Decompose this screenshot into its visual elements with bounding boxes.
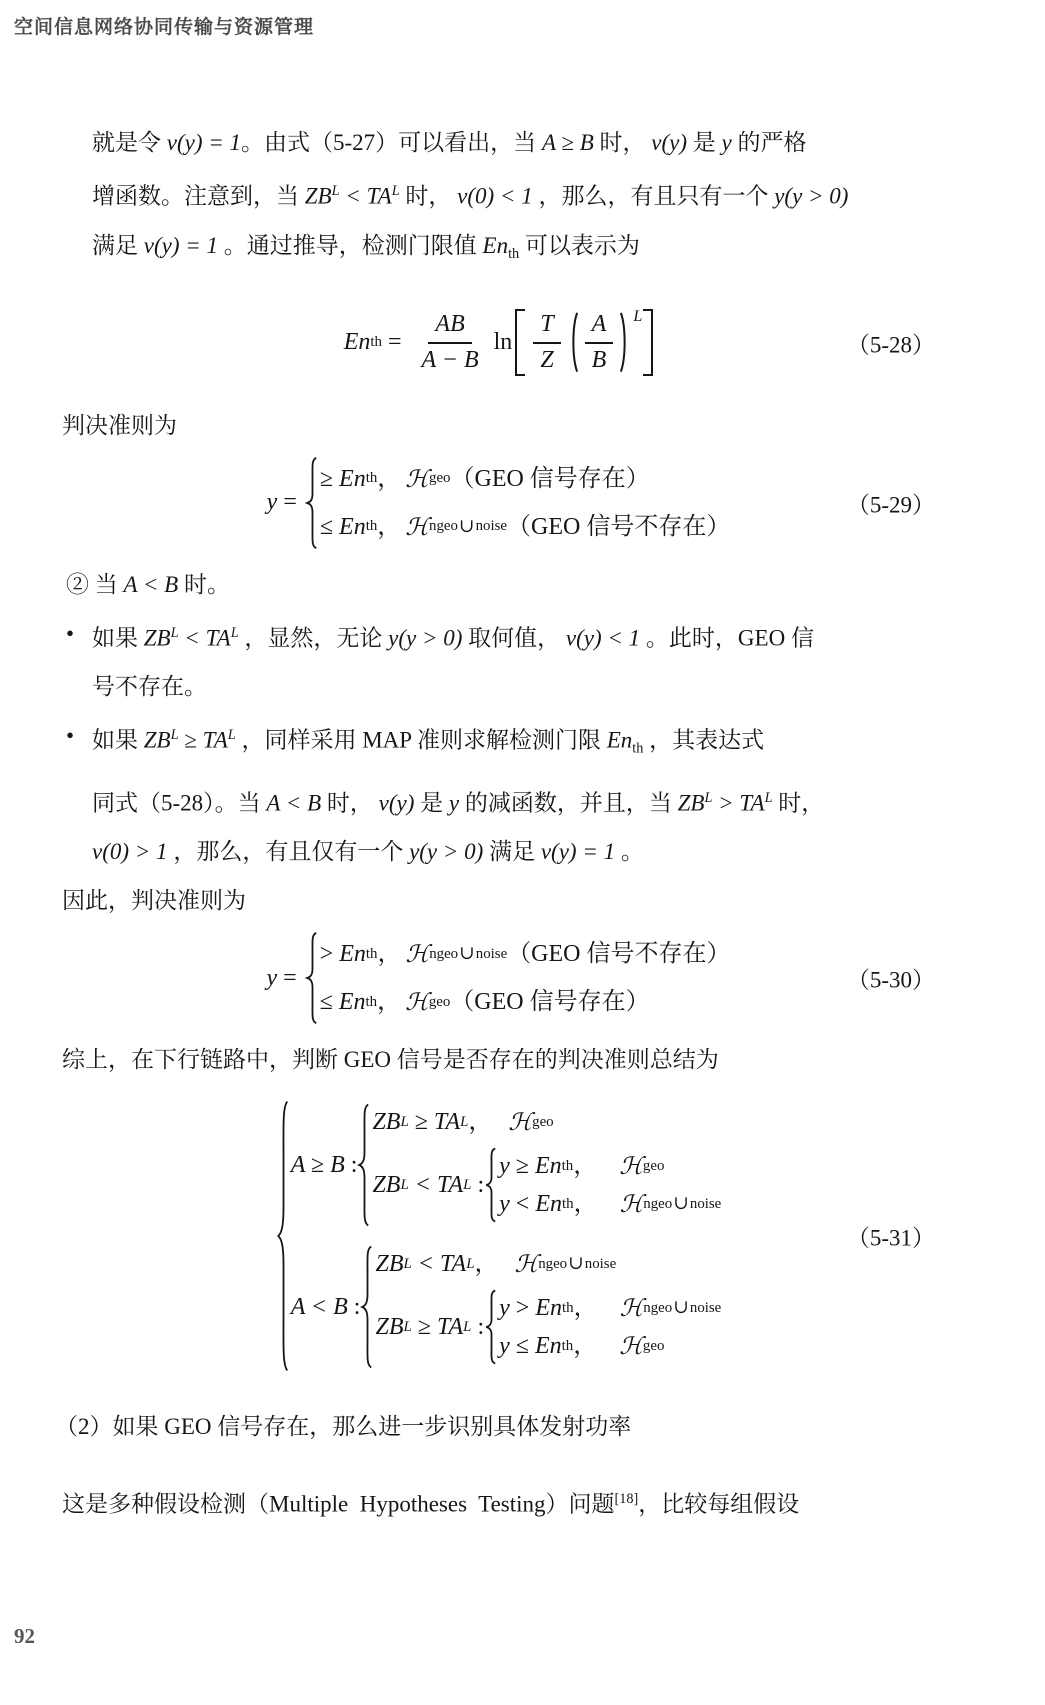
paragraph-line: 增函数。注意到，当 ZBL < TAL 时， ν(0) < 1 ，那么，有且只有… — [92, 167, 935, 221]
lead-in-text: 判决准则为 — [62, 401, 935, 450]
exponent: L — [633, 308, 642, 326]
lead-in-text: 综上，在下行链路中，判断 GEO 信号是否存在的判决准则总结为 — [62, 1035, 935, 1084]
equation-label: （5-28） — [847, 326, 935, 359]
fraction: T Z — [533, 311, 560, 374]
right-square-bracket — [643, 309, 653, 376]
equation-label: （5-30） — [847, 962, 935, 995]
book-page: 空间信息网络协同传输与资源管理 就是令 ν(y) = 1。由式（5-27）可以看… — [0, 0, 1045, 1705]
equation-lhs: y = — [267, 489, 303, 516]
page-number: 92 — [14, 1624, 35, 1649]
bullet-item: • 如果 ZBL ≥ TAL ，同样采用 MAP 准则求解检测门限 Enth ，… — [62, 711, 935, 876]
equation-label: （5-31） — [847, 1220, 935, 1253]
cases-group: y ≥ Enth， ℋgeo y < Enth， ℋngeo∪noise — [484, 1147, 721, 1223]
bullet-marker: • — [66, 711, 74, 760]
bullet-item: • 如果 ZBL < TAL ，显然，无论 y(y > 0) 取何值， ν(y)… — [62, 609, 935, 712]
curly-brace-icon — [484, 1147, 499, 1223]
case-condition: A < B : — [291, 1292, 361, 1322]
right-paren-icon — [619, 311, 629, 374]
case-condition: A ≥ B : — [291, 1150, 358, 1180]
cases-group: > Enth，ℋngeo∪noise（GEO 信号不存在） ≤ Enth，ℋge… — [305, 931, 731, 1025]
page-content: 就是令 ν(y) = 1。由式（5-27）可以看出，当 A ≥ B 时， ν(y… — [62, 118, 935, 1529]
ln-operator: ln — [494, 329, 513, 356]
case-row: > Enth，ℋngeo∪noise（GEO 信号不存在） — [320, 939, 731, 969]
case-block-A-lt-B: A < B : ZBL < TAL， ℋngeo∪noise ZBL ≥ TAL… — [291, 1244, 722, 1370]
paragraph-line: 就是令 ν(y) = 1。由式（5-27）可以看出，当 A ≥ B 时， ν(y… — [92, 118, 935, 167]
fraction-numerator: A — [585, 311, 614, 344]
case-row: y > Enth， ℋngeo∪noise — [499, 1293, 721, 1323]
outer-cases-group: A ≥ B : ZBL ≥ TAL， ℋgeo ZBL < TAL : — [276, 1096, 722, 1376]
equation-5-31: A ≥ B : ZBL ≥ TAL， ℋgeo ZBL < TAL : — [62, 1096, 935, 1376]
bullet-line: 同式（5-28）。当 A < B 时， ν(y) 是 y 的减函数，并且，当 Z… — [92, 774, 935, 828]
equation-lhs: y = — [266, 965, 302, 992]
case-row: y ≤ Enth， ℋgeo — [499, 1331, 721, 1361]
equation-label: （5-29） — [847, 486, 935, 519]
paragraph-line: 这是多种假设检测（Multiple Hypotheses Testing）问题[… — [62, 1475, 935, 1529]
bullet-line: 如果 ZBL ≥ TAL ，同样采用 MAP 准则求解检测门限 Enth ，其表… — [92, 711, 935, 774]
case-row: ≤ Enth，ℋgeo（GEO 信号存在） — [320, 987, 731, 1017]
section-heading: （2）如果 GEO 信号存在，那么进一步识别具体发射功率 — [55, 1402, 935, 1451]
running-header: 空间信息网络协同传输与资源管理 — [14, 12, 314, 39]
bullet-line: ν(0) > 1 ，那么，有且仅有一个 y(y > 0) 满足 ν(y) = 1… — [92, 827, 935, 876]
paren-group: A B — [568, 309, 631, 376]
case-row: ≥ Enth，ℋgeo（GEO 信号存在） — [320, 464, 730, 494]
curly-brace-icon — [360, 1244, 375, 1370]
case-row: ZBL < TAL， ℋngeo∪noise — [375, 1249, 721, 1279]
equation-5-29: y = ≥ Enth，ℋgeo（GEO 信号存在） ≤ Enth，ℋngeo∪n… — [62, 456, 935, 550]
curly-brace-icon — [305, 456, 320, 550]
numbered-item: ② 当 A < B 时。 — [66, 560, 935, 609]
cases-group: ZBL < TAL， ℋngeo∪noise ZBL ≥ TAL : y > E… — [360, 1244, 721, 1370]
case-row: y ≥ Enth， ℋgeo — [499, 1151, 721, 1181]
cases-group: y > Enth， ℋngeo∪noise y ≤ Enth， ℋgeo — [484, 1289, 721, 1365]
equation-lhs: Enth = — [344, 329, 408, 356]
curly-brace-icon — [305, 931, 320, 1025]
equation-5-30: y = > Enth，ℋngeo∪noise（GEO 信号不存在） ≤ Enth… — [62, 931, 935, 1025]
case-row: ZBL ≥ TAL， ℋgeo — [372, 1107, 721, 1137]
lead-in-text: 因此，判决准则为 — [62, 876, 935, 925]
fraction-numerator: AB — [428, 311, 471, 344]
cases-group: ZBL ≥ TAL， ℋgeo ZBL < TAL : y ≥ Enth， ℋg… — [357, 1102, 721, 1228]
left-paren-icon — [569, 311, 579, 374]
nested-case: ZBL ≥ TAL : y > Enth， ℋngeo∪noise y ≤ En… — [375, 1289, 721, 1365]
bullet-marker: • — [66, 609, 74, 658]
bullet-line: 号不存在。 — [92, 662, 935, 711]
case-block-A-ge-B: A ≥ B : ZBL ≥ TAL， ℋgeo ZBL < TAL : — [291, 1102, 722, 1228]
fraction: AB A − B — [415, 311, 486, 374]
cases-group: ≥ Enth，ℋgeo（GEO 信号存在） ≤ Enth，ℋngeo∪noise… — [305, 456, 730, 550]
fraction-numerator: T — [533, 311, 560, 344]
equation-5-28: Enth = AB A − B ln T Z A B — [62, 293, 935, 393]
bracket-group: T Z A B L — [515, 303, 653, 382]
fraction-denominator: Z — [533, 344, 560, 375]
case-condition: ZBL < TAL : — [372, 1170, 484, 1200]
paragraph-line: 满足 ν(y) = 1 。通过推导，检测门限值 Enth 可以表示为 — [92, 221, 935, 279]
fraction-denominator: A − B — [415, 344, 486, 375]
curly-brace-icon — [484, 1289, 499, 1365]
left-square-bracket — [515, 309, 525, 376]
nested-case: ZBL < TAL : y ≥ Enth， ℋgeo y < Enth， ℋng… — [372, 1147, 721, 1223]
case-row: ≤ Enth，ℋngeo∪noise（GEO 信号不存在） — [320, 512, 730, 542]
case-condition: ZBL ≥ TAL : — [375, 1312, 484, 1342]
curly-brace-icon — [276, 1096, 291, 1376]
case-row: y < Enth， ℋngeo∪noise — [499, 1189, 721, 1219]
curly-brace-icon — [357, 1102, 372, 1228]
fraction: A B — [585, 311, 614, 374]
bullet-line: 如果 ZBL < TAL ，显然，无论 y(y > 0) 取何值， ν(y) <… — [92, 609, 935, 663]
fraction-denominator: B — [585, 344, 614, 375]
